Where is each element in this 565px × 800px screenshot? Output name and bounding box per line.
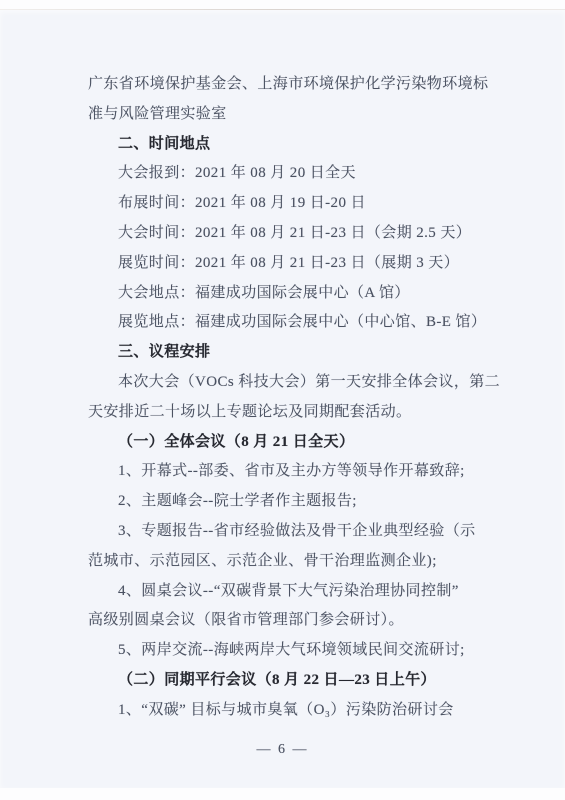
text-line: 布展时间：2021 年 08 月 19 日-20 日 [88,189,480,219]
heading-line: （二）同期平行会议（8 月 22 日—23 日上午） [88,666,480,696]
text-line: 5、两岸交流--海峡两岸大气环境领域民间交流研讨; [88,636,480,666]
scanned-document-screenshot: 广东省环境保护基金会、上海市环境保护化学污染物环境标准与风险管理实验室二、时间地… [0,0,565,800]
text-line: 准与风险管理实验室 [88,100,480,130]
document-body: 广东省环境保护基金会、上海市环境保护化学污染物环境标准与风险管理实验室二、时间地… [88,70,480,726]
heading-line: （一）全体会议（8 月 21 日全天） [88,428,480,458]
text-line: 高级别圆桌会议（限省市管理部门参会研讨）。 [88,606,480,636]
document-page: 广东省环境保护基金会、上海市环境保护化学污染物环境标准与风险管理实验室二、时间地… [0,10,565,788]
text-line: 广东省环境保护基金会、上海市环境保护化学污染物环境标 [88,70,480,100]
page-number: — 6 — [0,739,565,761]
text-line: 大会时间：2021 年 08 月 21 日-23 日（会期 2.5 天） [88,219,480,249]
text-line: 展览地点：福建成功国际会展中心（中心馆、B-E 馆） [88,308,480,338]
text-line: 展览时间：2021 年 08 月 21 日-23 日（展期 3 天） [88,249,480,279]
heading-line: 三、议程安排 [88,338,480,368]
text-line: 范城市、示范园区、示范企业、骨干治理监测企业); [88,547,480,577]
text-line: 2、主题峰会--院士学者作主题报告; [88,487,480,517]
heading-line: 二、时间地点 [88,130,480,160]
text-line: 大会地点：福建成功国际会展中心（A 馆） [88,279,480,309]
text-line: 天安排近二十场以上专题论坛及同期配套活动。 [88,398,480,428]
text-line: 1、“双碳” 目标与城市臭氧（O₃）污染防治研讨会 [88,696,480,726]
text-line: 大会报到：2021 年 08 月 20 日全天 [88,159,480,189]
text-line: 3、专题报告--省市经验做法及骨干企业典型经验（示 [88,517,480,547]
text-line: 1、开幕式--部委、省市及主办方等领导作开幕致辞; [88,457,480,487]
text-line: 4、圆桌会议--“双碳背景下大气污染治理协同控制” [88,577,480,607]
text-line: 本次大会（VOCs 科技大会）第一天安排全体会议，第二 [88,368,480,398]
